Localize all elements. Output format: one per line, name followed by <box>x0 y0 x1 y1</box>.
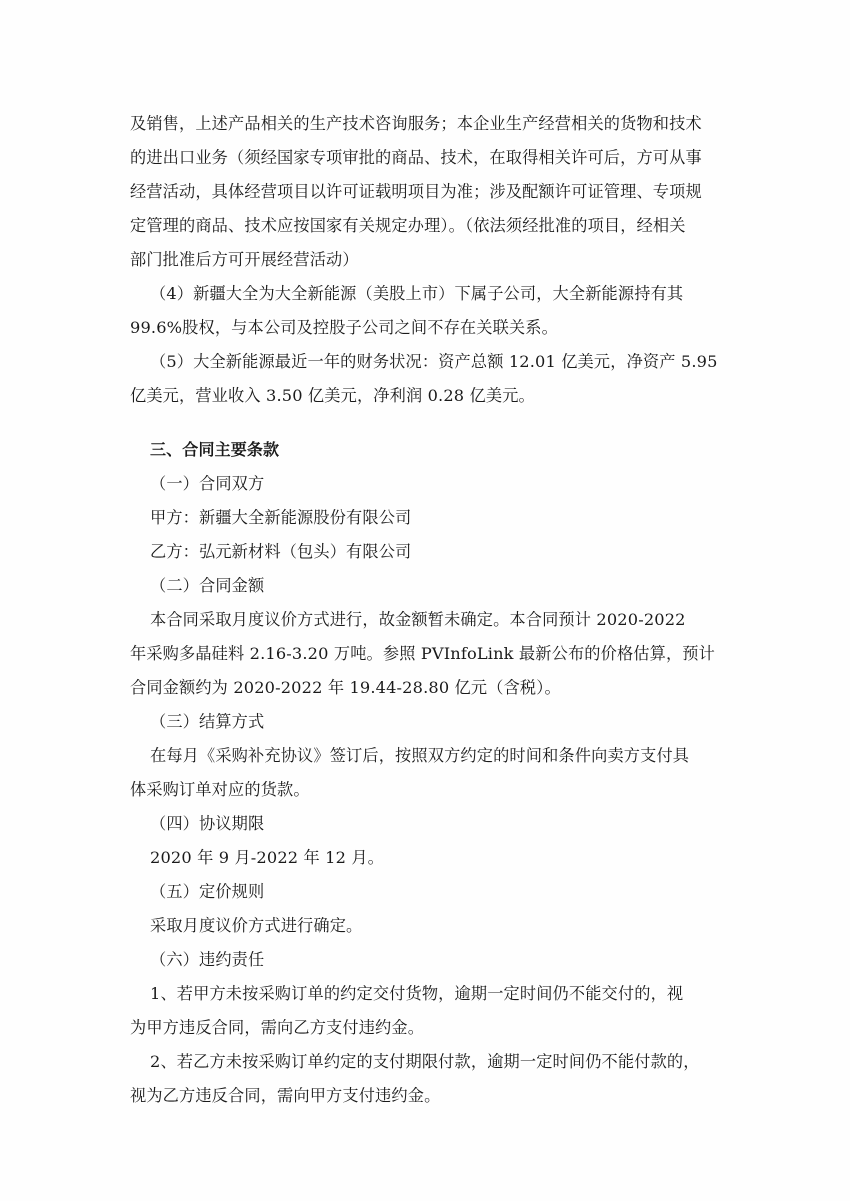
amount-line: 本合同采取月度议价方式进行，故金额暂未确定。本合同预计 2020-2022 <box>150 610 750 630</box>
paragraph-line: 及销售，上述产品相关的生产技术咨询服务；本企业生产经营相关的货物和技术 <box>130 114 730 134</box>
term-text: 2020 年 9 月-2022 年 12 月。 <box>150 848 750 868</box>
subsection-heading-amount: （二）合同金额 <box>150 576 750 596</box>
section-heading: 三、合同主要条款 <box>150 440 750 460</box>
item-4-line: 99.6%股权，与本公司及控股子公司之间不存在关联关系。 <box>130 318 730 338</box>
amount-line: 合同金额约为 2020-2022 年 19.44-28.80 亿元（含税）。 <box>130 678 730 698</box>
document-page: 及销售，上述产品相关的生产技术咨询服务；本企业生产经营相关的货物和技术 的进出口… <box>0 0 850 1201</box>
item-5-line: 亿美元，营业收入 3.50 亿美元，净利润 0.28 亿美元。 <box>130 386 730 406</box>
liability-item-1-line: 为甲方违反合同，需向乙方支付违约金。 <box>130 1018 730 1038</box>
liability-item-2-line: 视为乙方违反合同，需向甲方支付违约金。 <box>130 1086 730 1106</box>
paragraph-line: 的进出口业务（须经国家专项审批的商品、技术，在取得相关许可后，方可从事 <box>130 148 730 168</box>
settlement-line: 体采购订单对应的货款。 <box>130 780 730 800</box>
item-5-line: （5）大全新能源最近一年的财务状况：资产总额 12.01 亿美元，净资产 5.9… <box>150 352 750 372</box>
subsection-heading-pricing: （五）定价规则 <box>150 882 750 902</box>
pricing-text: 采取月度议价方式进行确定。 <box>150 916 750 936</box>
liability-item-1-line: 1、若甲方未按采购订单的约定交付货物，逾期一定时间仍不能交付的，视 <box>150 984 750 1004</box>
subsection-heading-term: （四）协议期限 <box>150 814 750 834</box>
amount-line: 年采购多晶硅料 2.16-3.20 万吨。参照 PVInfoLink 最新公布的… <box>130 644 730 664</box>
party-b: 乙方：弘元新材料（包头）有限公司 <box>150 542 750 562</box>
paragraph-line: 部门批准后方可开展经营活动） <box>130 250 730 270</box>
subsection-heading-parties: （一）合同双方 <box>150 474 750 494</box>
settlement-line: 在每月《采购补充协议》签订后，按照双方约定的时间和条件向卖方支付具 <box>150 746 750 766</box>
party-a: 甲方：新疆大全新能源股份有限公司 <box>150 508 750 528</box>
paragraph-line: 经营活动，具体经营项目以许可证载明项目为准；涉及配额许可证管理、专项规 <box>130 182 730 202</box>
paragraph-line: 定管理的商品、技术应按国家有关规定办理）。（依法须经批准的项目，经相关 <box>130 216 730 236</box>
subsection-heading-liability: （六）违约责任 <box>150 950 750 970</box>
item-4-line: （4）新疆大全为大全新能源（美股上市）下属子公司，大全新能源持有其 <box>150 284 750 304</box>
subsection-heading-settlement: （三）结算方式 <box>150 712 750 732</box>
liability-item-2-line: 2、若乙方未按采购订单约定的支付期限付款，逾期一定时间仍不能付款的， <box>150 1052 750 1072</box>
